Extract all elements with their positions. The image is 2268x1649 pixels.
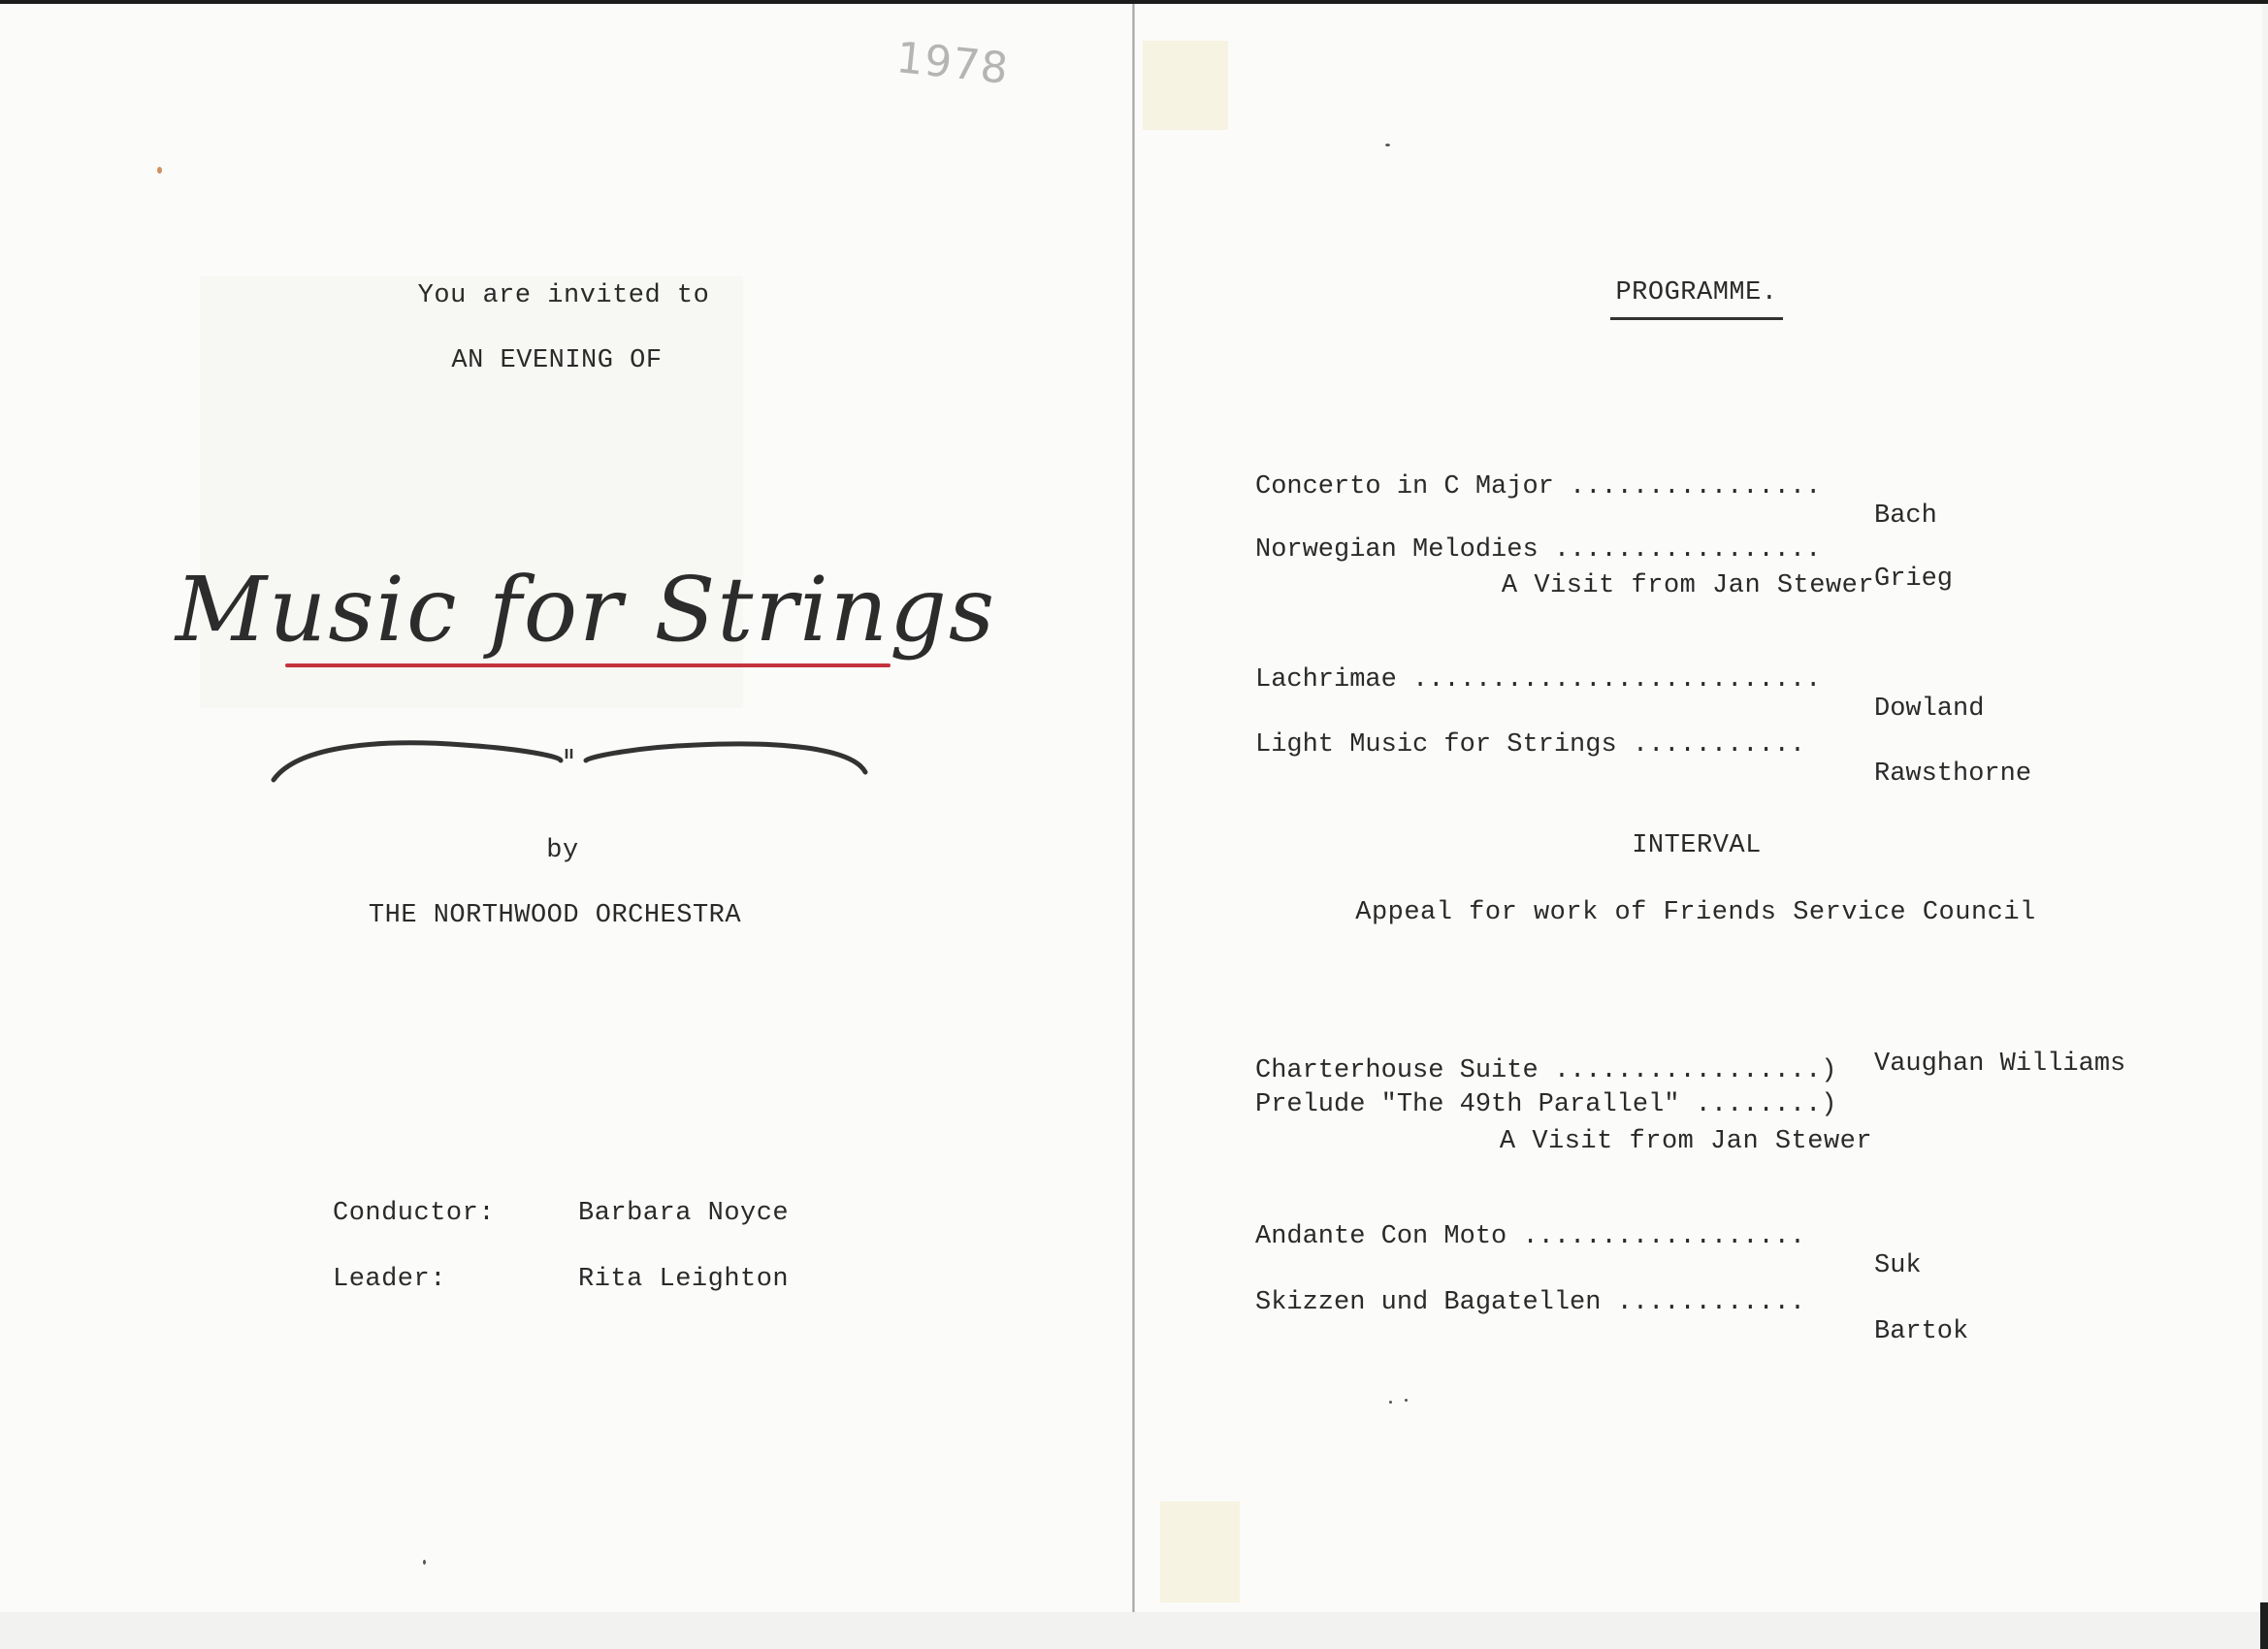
programme-heading: PROGRAMME. — [1615, 278, 1777, 307]
paper-speck — [1389, 1401, 1392, 1404]
work-title: Concerto in C Major ................ — [1255, 472, 1821, 501]
invite-line: You are invited to — [418, 281, 710, 310]
interval-label: INTERVAL — [1632, 831, 1762, 860]
programme-item: Andante Con Moto .................. Suk — [1255, 1193, 2109, 1226]
programme-item: Light Music for Strings ........... Raws… — [1255, 701, 2109, 734]
conductor-name: Barbara Noyce — [578, 1199, 789, 1228]
cover-page — [0, 4, 1133, 1612]
leader-label: Leader: — [333, 1265, 446, 1294]
flourish-ornament — [270, 729, 871, 788]
scan-corner — [2260, 1602, 2268, 1649]
leader-name: Rita Leighton — [578, 1265, 789, 1294]
evening-line: AN EVENING OF — [451, 346, 662, 375]
programme-item: Lachrimae .......................... Dow… — [1255, 636, 2109, 669]
paper-speck — [1385, 144, 1390, 146]
composer: Grieg — [1874, 565, 1953, 594]
fold-line — [1132, 4, 1135, 1612]
composer: Bartok — [1874, 1317, 1968, 1346]
work-title: Lachrimae .......................... — [1255, 665, 1821, 695]
programme-item: Norwegian Melodies ................. Gri… — [1255, 506, 2109, 539]
tape-mark-bottom — [1160, 1502, 1240, 1602]
paper-speck — [423, 1560, 426, 1565]
work-title: Light Music for Strings ........... — [1255, 730, 1805, 760]
visit-line: A Visit from Jan Stewer — [1502, 571, 1874, 600]
programme-item: Concerto in C Major ................ Bac… — [1255, 443, 2109, 476]
appeal-line: Appeal for work of Friends Service Counc… — [1355, 898, 2036, 927]
work-title: Andante Con Moto .................. — [1255, 1222, 1805, 1251]
composer: Rawsthorne — [1874, 760, 2031, 789]
programme-item: Skizzen und Bagatellen ............ Bart… — [1255, 1259, 2109, 1292]
work-title: Skizzen und Bagatellen ............ — [1255, 1288, 1805, 1317]
heading-underline — [1610, 317, 1783, 320]
work-title: Norwegian Melodies ................. — [1255, 535, 1821, 565]
event-title: Music for Strings — [176, 558, 996, 662]
paper-speck — [157, 167, 162, 174]
orchestra-name: THE NORTHWOOD ORCHESTRA — [369, 901, 741, 930]
paper-speck — [1405, 1399, 1408, 1402]
title-underline — [285, 663, 891, 667]
work-title: Prelude "The 49th Parallel" ........) — [1255, 1090, 1837, 1119]
scan-bottom-margin — [0, 1612, 2268, 1649]
programme-page — [1135, 4, 2262, 1612]
tape-mark-top — [1143, 41, 1228, 130]
visit-line: A Visit from Jan Stewer — [1500, 1127, 1872, 1156]
by-line: by — [546, 836, 578, 865]
composer-group: Vaughan Williams — [1874, 1050, 2125, 1079]
conductor-label: Conductor: — [333, 1199, 495, 1228]
